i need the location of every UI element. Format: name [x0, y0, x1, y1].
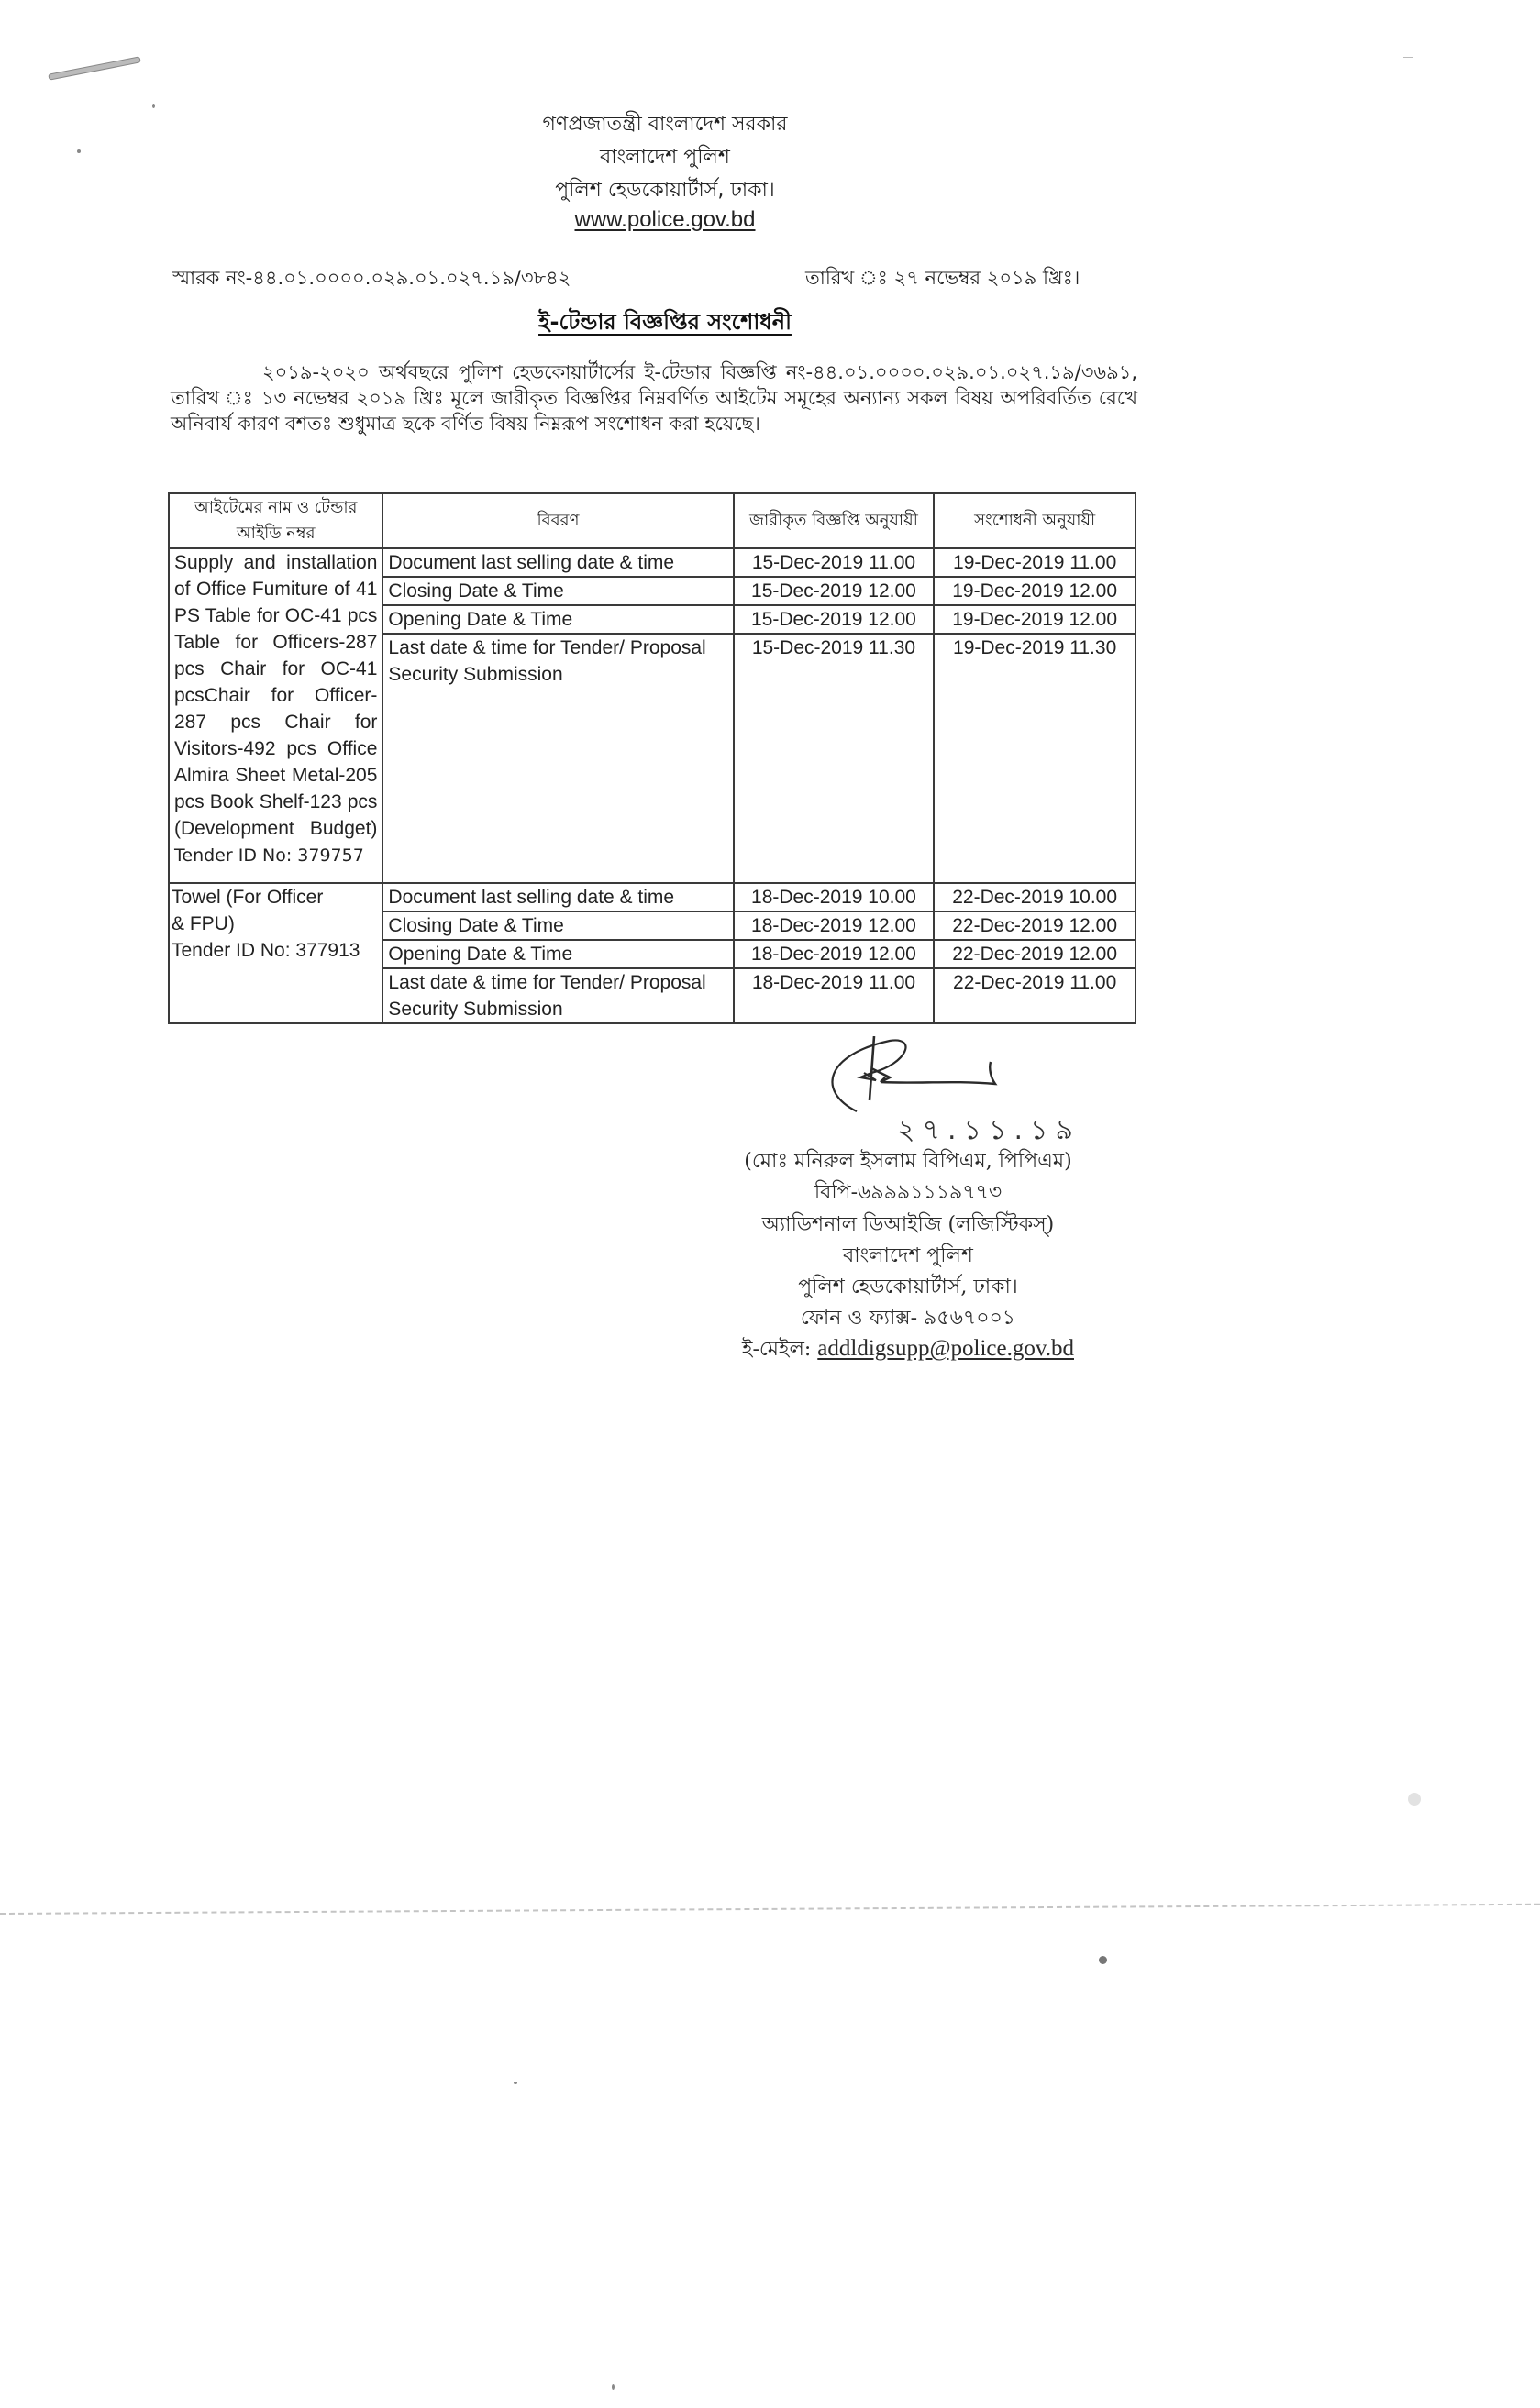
row-original-date: 18-Dec-2019 10.00	[734, 883, 935, 911]
signatory-org: বাংলাদেশ পুলিশ	[679, 1240, 1137, 1274]
item-name: Supply and installation of Office Fumitu…	[174, 552, 377, 839]
signatory-bp-no: বিপি-৬৯৯৯১১১৯৭৭৩	[679, 1176, 1137, 1210]
table-header-row: আইটেমের নাম ও টেন্ডার আইডি নম্বর বিবরণ জ…	[169, 493, 1136, 548]
signatory-designation: অ্যাডিশনাল ডিআইজি (লজিস্টিকস্)	[679, 1209, 1137, 1243]
row-original-date: 18-Dec-2019 11.00	[734, 968, 935, 1023]
row-original-date: 15-Dec-2019 12.00	[734, 605, 935, 634]
header-original: জারীকৃত বিজ্ঞপ্তি অনুযায়ী	[734, 493, 935, 548]
handwritten-signature	[816, 1036, 1036, 1119]
row-original-date: 15-Dec-2019 11.30	[734, 634, 935, 883]
tender-amendment-table: আইটেমের নাম ও টেন্ডার আইডি নম্বর বিবরণ জ…	[168, 492, 1136, 1024]
row-amended-date: 22-Dec-2019 11.00	[934, 968, 1136, 1023]
page-title: ই-টেন্ডার বিজ্ঞপ্তির সংশোধনী	[385, 305, 945, 342]
scan-speck	[514, 2082, 517, 2084]
row-description: Last date & time for Tender/ Proposal Se…	[382, 968, 733, 1023]
row-description: Last date & time for Tender/ Proposal Se…	[382, 634, 733, 883]
item-cell: Supply and installation of Office Fumitu…	[169, 548, 382, 883]
header-item-name: আইটেমের নাম ও টেন্ডার আইডি নম্বর	[169, 493, 382, 548]
tender-id: Tender ID No: 377913	[172, 937, 377, 964]
notice-paragraph: ২০১৯-২০২০ অর্থবছরে পুলিশ হেডকোয়ার্টার্স…	[171, 359, 1137, 436]
row-description: Document last selling date & time	[382, 883, 733, 911]
table-row: Towel (For Officer & FPU) Tender ID No: …	[169, 883, 1136, 911]
pen-mark-artifact	[48, 56, 140, 80]
signatory-phone: ফোন ও ফ্যাক্স- ৯৫৬৭০০১	[679, 1302, 1137, 1336]
website-link[interactable]: www.police.gov.bd	[575, 207, 756, 232]
office-name: পুলিশ হেডকোয়ার্টার্স, ঢাকা।	[385, 174, 945, 208]
scan-speck	[612, 2384, 615, 2390]
row-description: Closing Date & Time	[382, 911, 733, 940]
table-row: Supply and installation of Office Fumitu…	[169, 548, 1136, 577]
email-label: ই-মেইল:	[742, 1338, 811, 1361]
row-description: Document last selling date & time	[382, 548, 733, 577]
memo-number: স্মারক নং-৪৪.০১.০০০০.০২৯.০১.০২৭.১৯/৩৮৪২	[172, 263, 571, 295]
row-description: Opening Date & Time	[382, 940, 733, 968]
row-original-date: 18-Dec-2019 12.00	[734, 911, 935, 940]
item-cell: Towel (For Officer & FPU) Tender ID No: …	[169, 883, 382, 1023]
email-link[interactable]: addldigsupp@police.gov.bd	[817, 1336, 1074, 1361]
signatory-email-line: ই-মেইল: addldigsupp@police.gov.bd	[679, 1333, 1137, 1367]
scan-speck	[1403, 57, 1413, 58]
signatory-name: (মোঃ মনিরুল ইসলাম বিপিএম, পিপিএম)	[679, 1145, 1137, 1179]
row-description: Closing Date & Time	[382, 577, 733, 605]
row-amended-date: 19-Dec-2019 12.00	[934, 577, 1136, 605]
scan-speck	[1408, 1793, 1421, 1806]
row-amended-date: 22-Dec-2019 10.00	[934, 883, 1136, 911]
row-original-date: 15-Dec-2019 12.00	[734, 577, 935, 605]
tender-id: Tender ID No: 379757	[174, 845, 364, 866]
scan-speck	[1099, 1956, 1107, 1964]
scan-page-edge	[0, 1904, 1540, 1915]
scan-speck	[77, 149, 81, 153]
row-amended-date: 22-Dec-2019 12.00	[934, 911, 1136, 940]
row-description: Opening Date & Time	[382, 605, 733, 634]
row-amended-date: 19-Dec-2019 11.30	[934, 634, 1136, 883]
row-amended-date: 19-Dec-2019 12.00	[934, 605, 1136, 634]
row-original-date: 18-Dec-2019 12.00	[734, 940, 935, 968]
row-original-date: 15-Dec-2019 11.00	[734, 548, 935, 577]
memo-date: তারিখ ঃ ২৭ নভেম্বর ২০১৯ খ্রিঃ।	[805, 263, 1080, 295]
signatory-office: পুলিশ হেডকোয়ার্টার্স, ঢাকা।	[679, 1271, 1137, 1305]
row-amended-date: 22-Dec-2019 12.00	[934, 940, 1136, 968]
scan-speck	[152, 104, 155, 108]
govt-name: গণপ্রজাতন্ত্রী বাংলাদেশ সরকার	[385, 108, 945, 142]
header-description: বিবরণ	[382, 493, 733, 548]
org-name: বাংলাদেশ পুলিশ	[385, 141, 945, 175]
row-amended-date: 19-Dec-2019 11.00	[934, 548, 1136, 577]
header-amended: সংশোধনী অনুযায়ী	[934, 493, 1136, 548]
item-name: Towel (For Officer & FPU)	[172, 884, 327, 937]
